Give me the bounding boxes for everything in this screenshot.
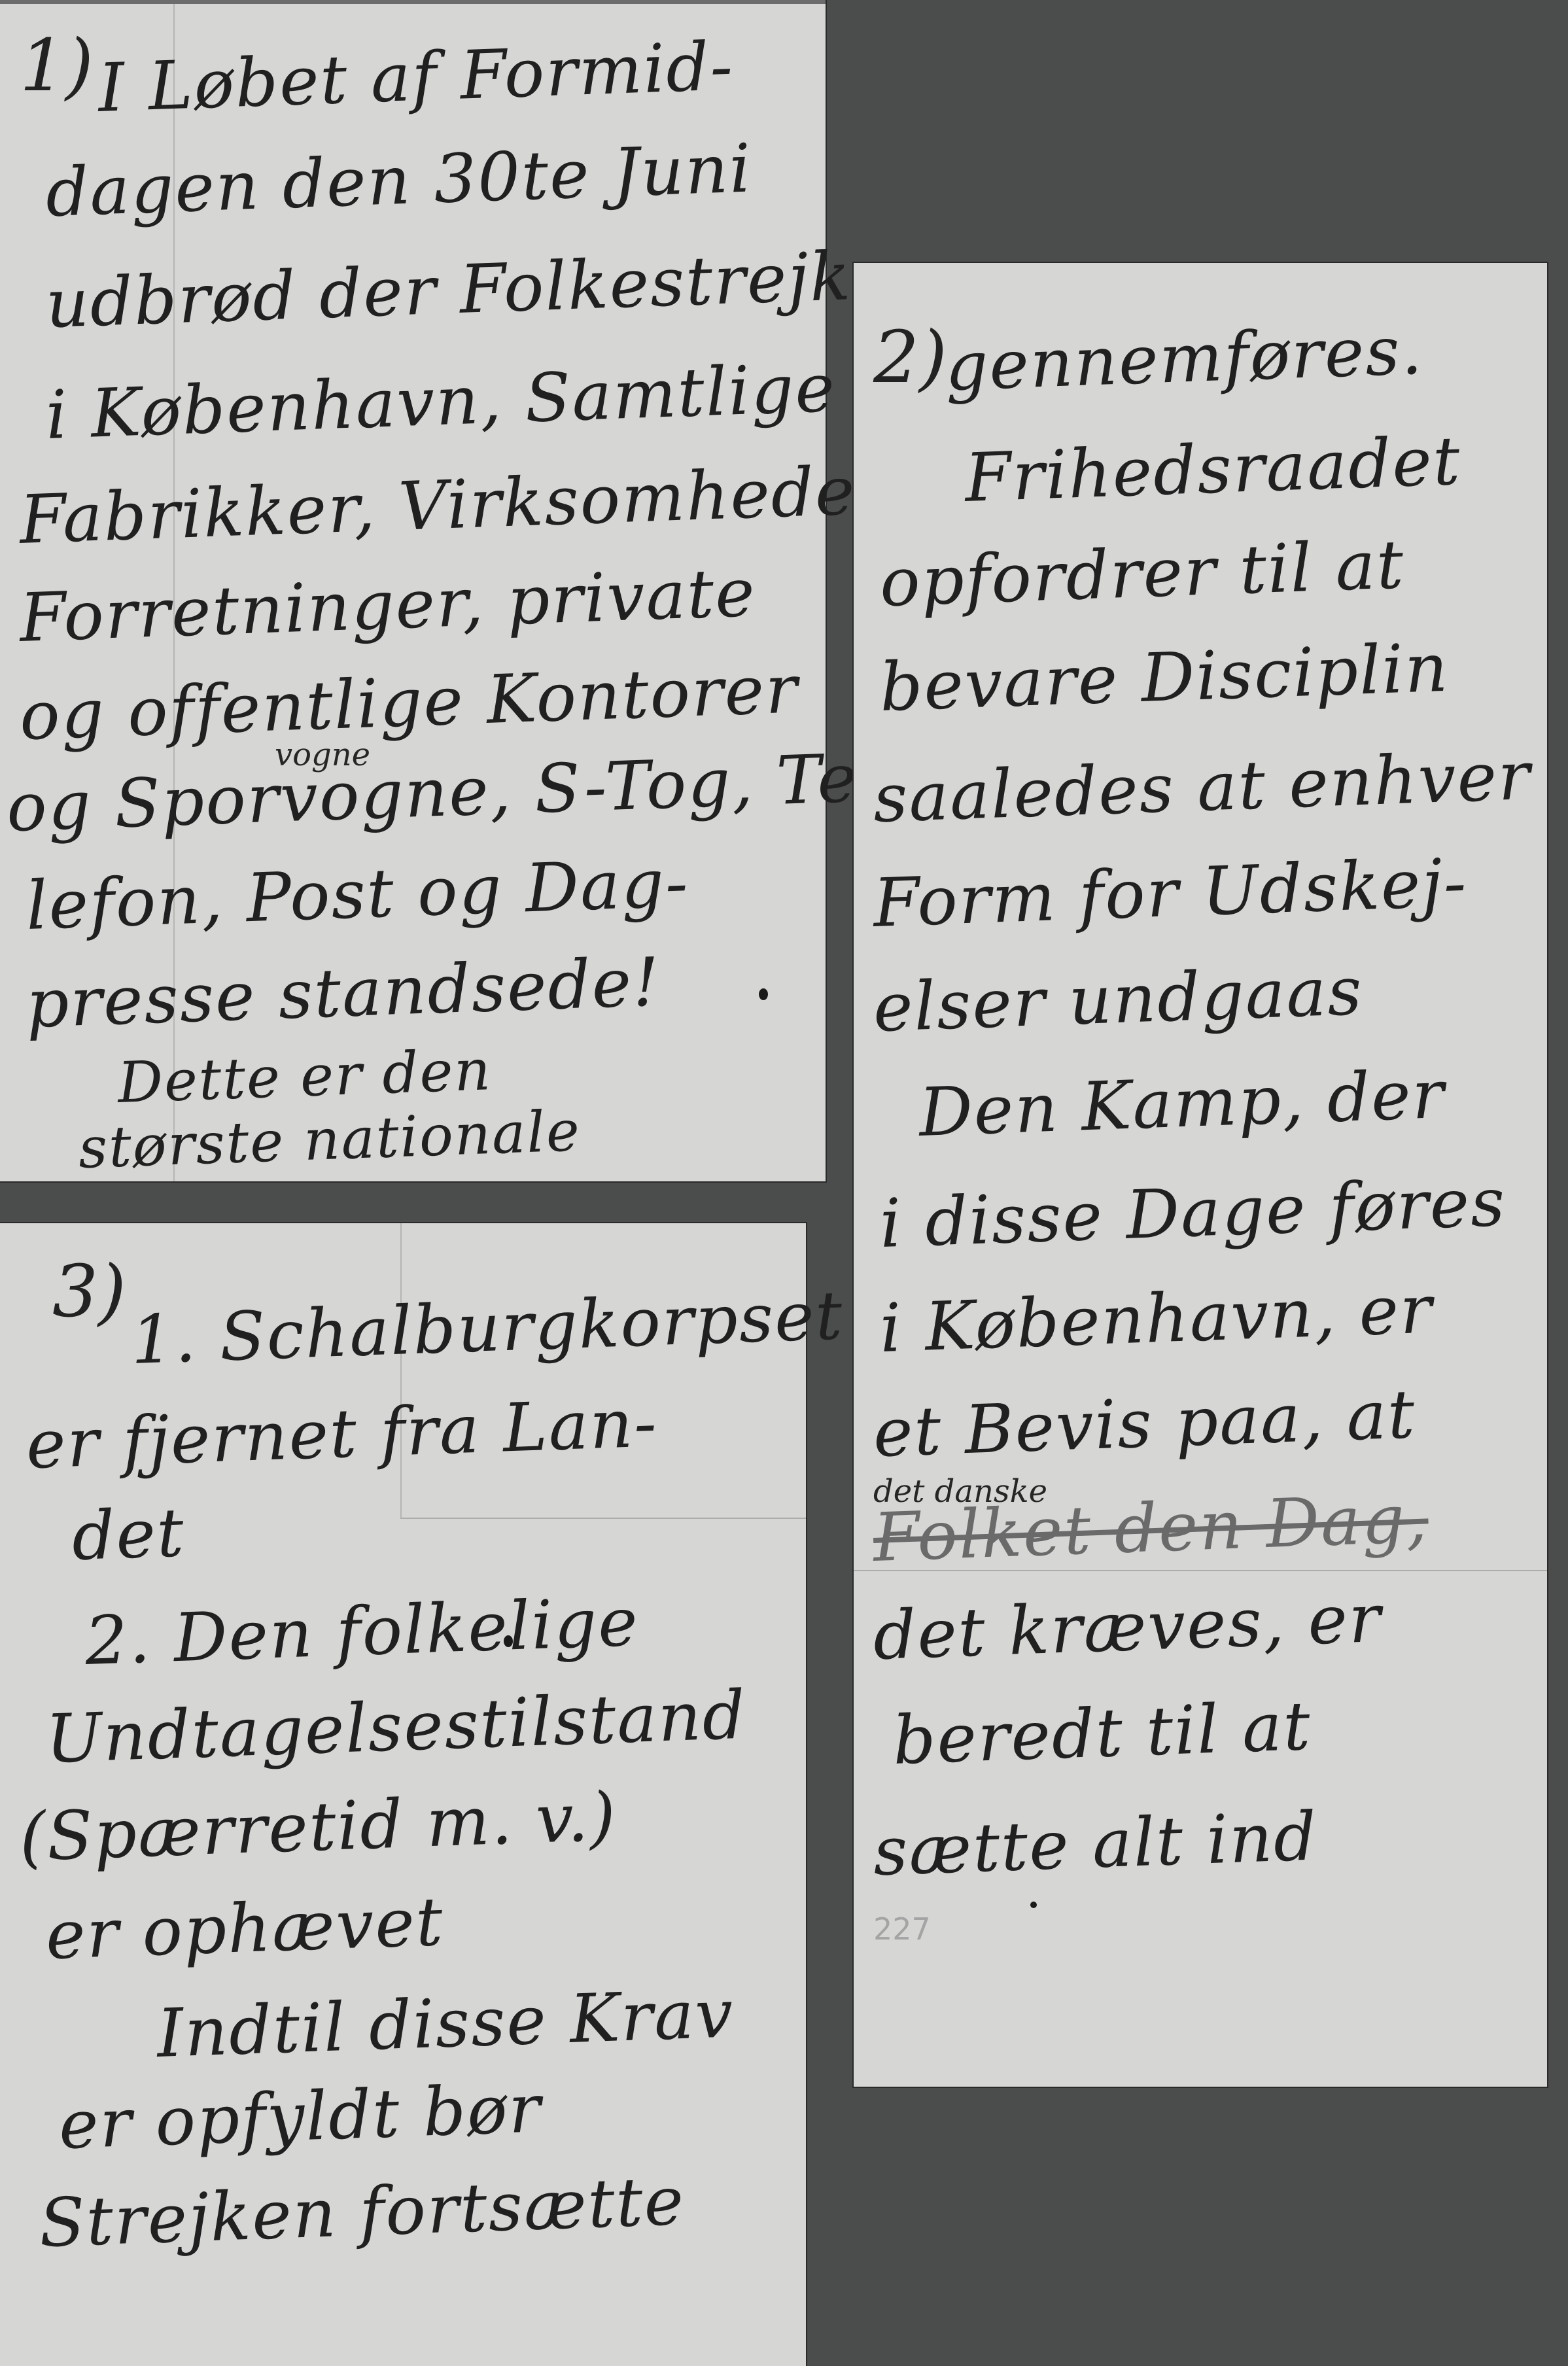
archive-number: 227	[873, 1911, 931, 1947]
note-slip-2: 2) gennemføres. Frihedsraadet opfordrer …	[854, 263, 1547, 2087]
text-line: beredt til at	[892, 1688, 1313, 1780]
text-line: elser undgaas	[872, 952, 1365, 1047]
text-line: Undtagelsestilstand	[44, 1677, 748, 1779]
text-line: Den Kamp, der	[918, 1056, 1446, 1152]
text-line: gennemføres.	[944, 312, 1425, 406]
text-line: og offentlige Kontorer	[18, 650, 800, 756]
text-line: (Spærretid m. v.)	[18, 1778, 618, 1877]
paper-speck	[504, 1635, 513, 1647]
text-line: saaledes at enhver	[872, 737, 1533, 838]
text-line: dagen den 30te Juni	[44, 130, 754, 232]
text-line: Strejken fortsætte	[38, 2163, 686, 2263]
text-line: 1. Schalburgkorpset	[130, 1277, 845, 1380]
text-line: presse standsede!	[25, 943, 662, 1043]
text-line: Indtil disse Krav	[156, 1975, 735, 2073]
text-line: Form for Udskej-	[872, 844, 1469, 943]
text-line: er opfyldt bør	[58, 2070, 543, 2165]
paper-speck	[759, 988, 768, 1000]
handwritten-text: gennemføres. Frihedsraadet opfordrer til…	[854, 263, 1547, 2087]
text-line: det	[71, 1494, 186, 1576]
text-line: udbrød der Folkestrejke	[44, 236, 894, 343]
text-line: sætte alt ind	[872, 1798, 1319, 1891]
text-line: i København, er	[879, 1271, 1435, 1368]
text-line: og Sporvogne, S-Tog, Te-	[5, 739, 883, 847]
text-line: er ophævet	[44, 1883, 445, 1975]
text-line: i disse Dage føres	[879, 1164, 1507, 1263]
inserted-word: vogne	[275, 737, 370, 773]
text-line: I Løbet af Formid-	[97, 27, 735, 128]
text-line: Forretninger, private	[18, 554, 757, 657]
text-line: Fabrikker, Virksomheder,	[18, 451, 905, 559]
handwritten-text: 1. Schalburgkorpset er fjernet fra Lan- …	[0, 1223, 806, 2366]
text-line: Frihedsraadet	[964, 423, 1463, 517]
handwritten-text: I Løbet af Formid- dagen den 30te Juni u…	[0, 4, 826, 1181]
text-line: et Bevis paa, at	[872, 1376, 1417, 1472]
note-slip-1: 1) I Løbet af Formid- dagen den 30te Jun…	[0, 0, 826, 1181]
text-line: er fjernet fra Lan-	[25, 1384, 659, 1484]
text-line: det kræves, er	[872, 1580, 1383, 1675]
text-line: i København, Samtlige	[44, 349, 837, 455]
note-slip-3: 3) 1. Schalburgkorpset er fjernet fra La…	[0, 1223, 806, 2366]
text-line: lefon, Post og Dag-	[25, 844, 690, 945]
text-line: bevare Disciplin	[879, 629, 1450, 727]
paper-speck	[1030, 1902, 1037, 1908]
text-line: 2. Den folkelige	[84, 1583, 640, 1680]
inserted-words: det danske	[873, 1473, 1047, 1510]
text-line: opfordrer til at	[879, 526, 1406, 622]
